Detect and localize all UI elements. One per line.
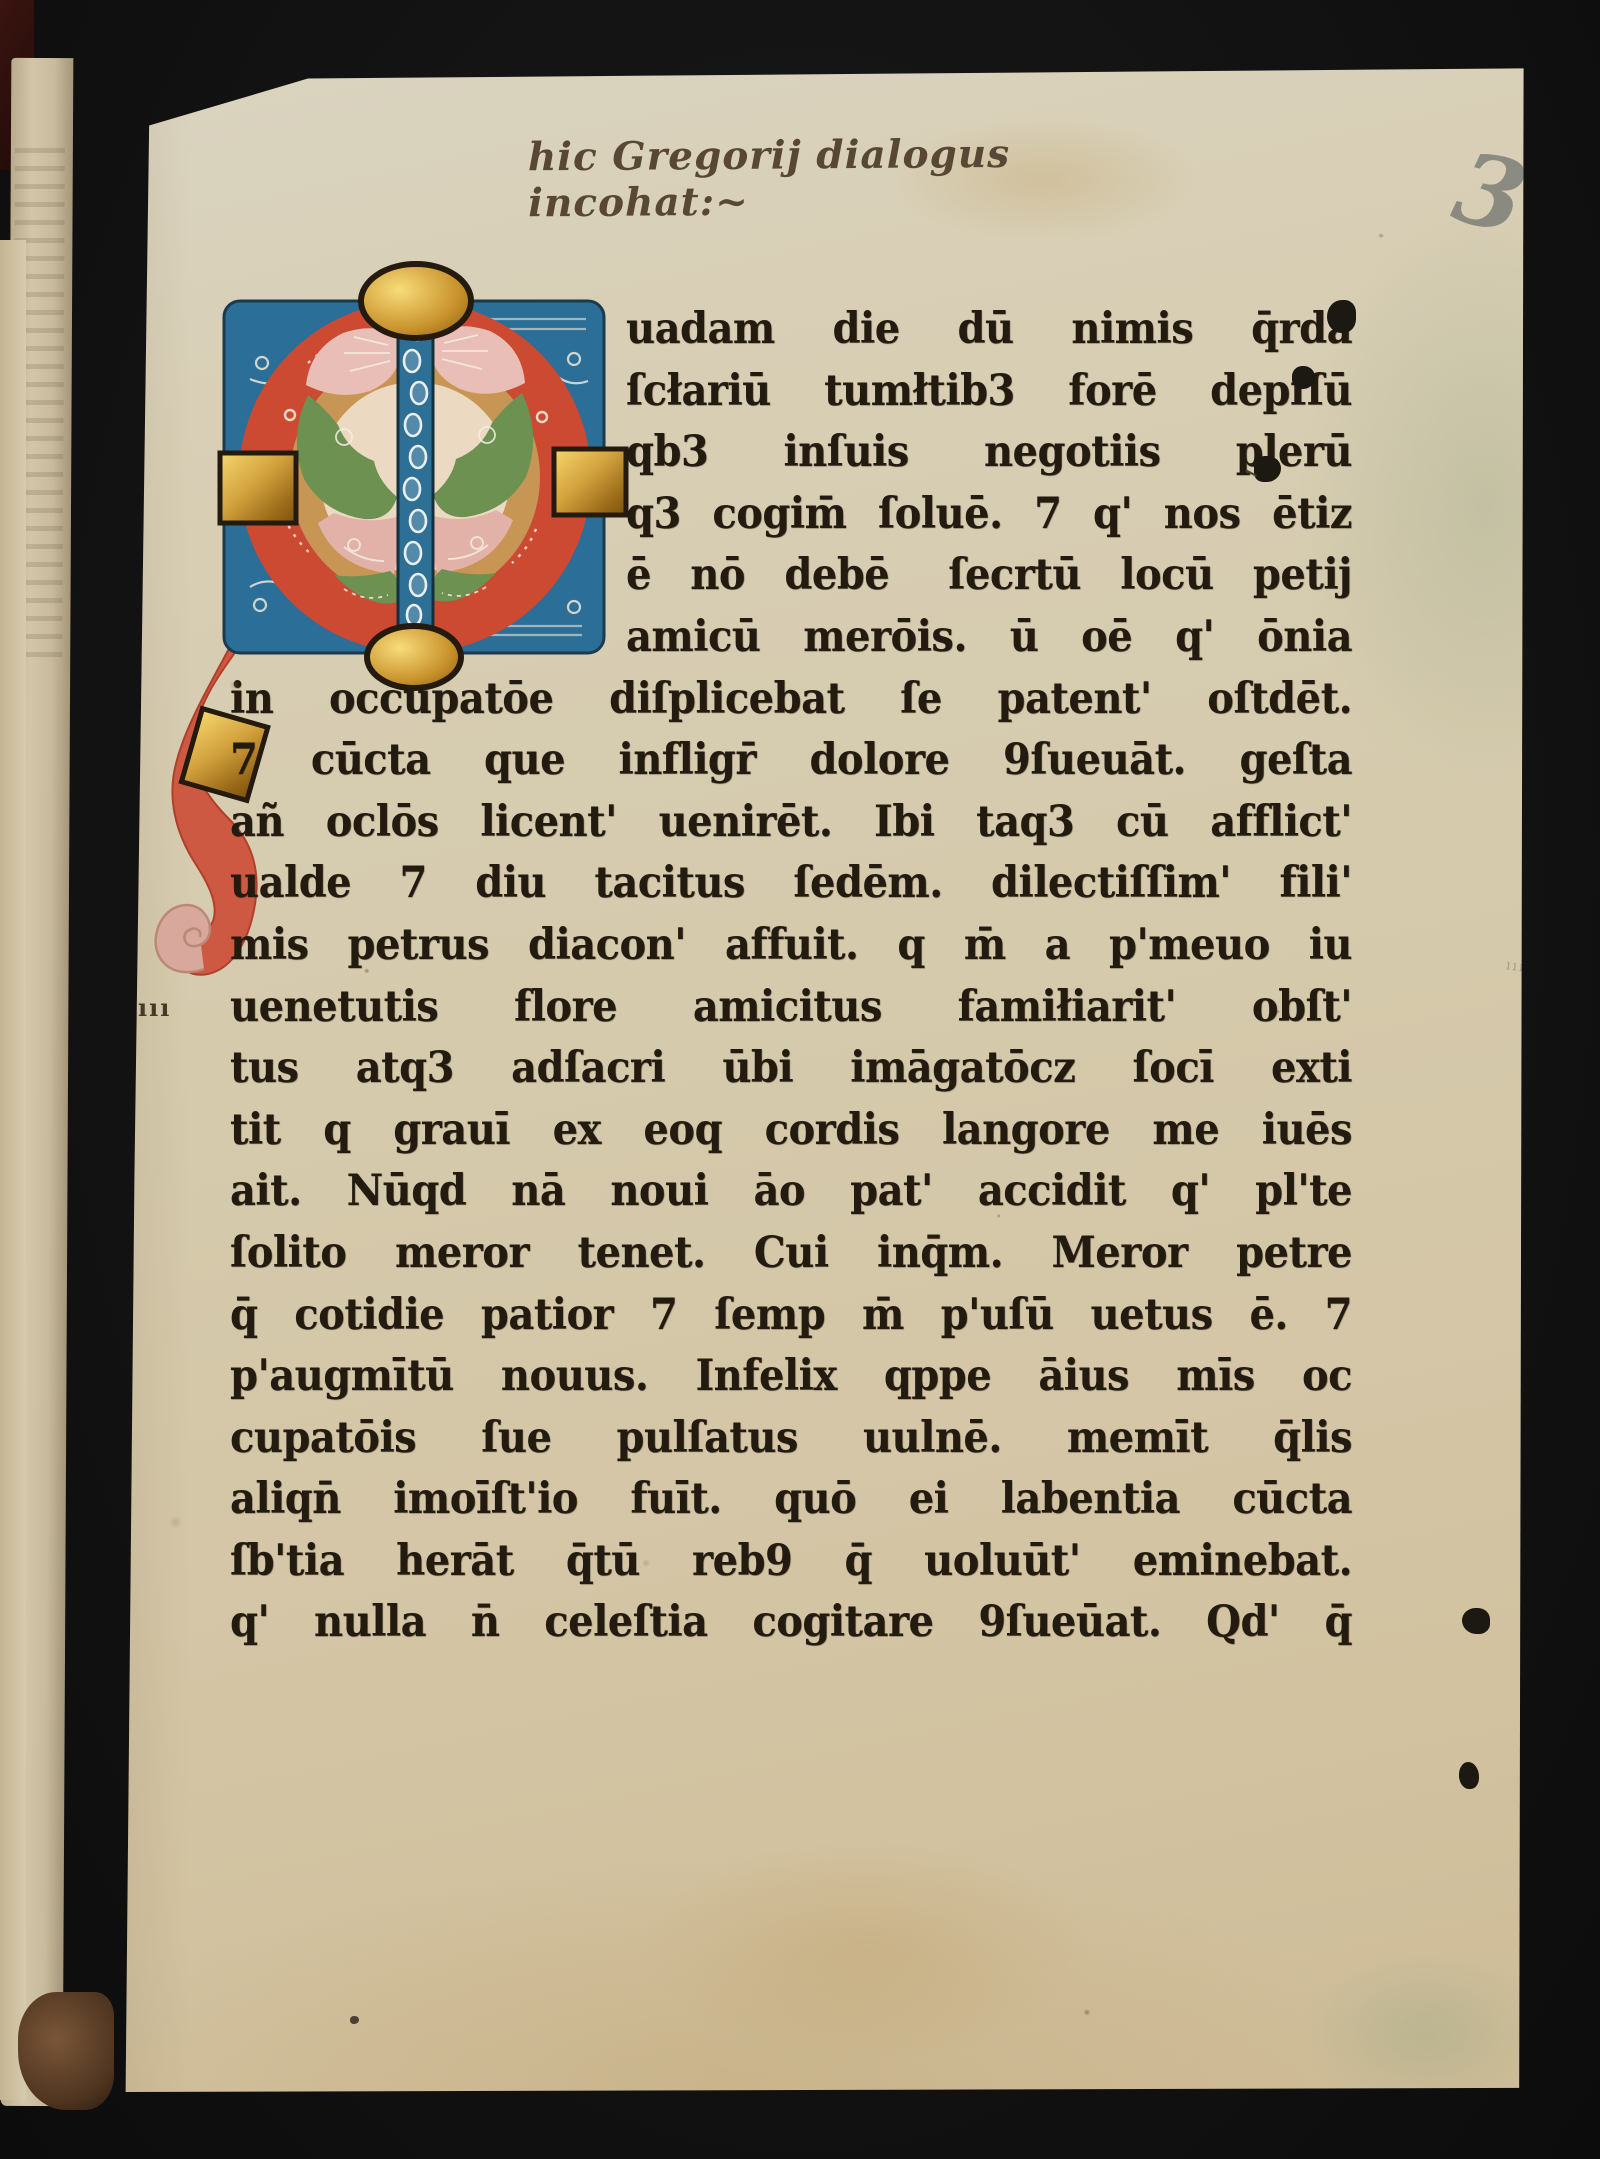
text-line: q' nulla n̄ celeſtia cogitare 9ſueūat. Q… xyxy=(230,1589,1352,1655)
text-line: q3 cogim̄ ſoluē. 7 q' nos ētiz xyxy=(626,481,1352,547)
text-line: 7 cūcta que infligr̄ dolore 9ſueuāt. geſ… xyxy=(230,727,1352,793)
text-line: ait. Nūqd nā noui āo pat' accidit q' pl'… xyxy=(230,1158,1352,1224)
manuscript-page: hic Gregorij dialogus incohat:~ 3 xyxy=(58,52,1528,2094)
ink-blot xyxy=(1327,300,1356,333)
text-line: ſcłariū tumłtib3 forē depſſū xyxy=(626,357,1352,423)
page-title: hic Gregorij dialogus incohat:~ xyxy=(528,130,1189,227)
initial-tail-curl xyxy=(156,905,210,972)
text-line: ualde 7 diu tacitus ſedēm. dilectiſſim' … xyxy=(230,850,1352,916)
ink-blot xyxy=(350,2016,359,2024)
text-line: amicū merōis. ū oē q' ōnia xyxy=(626,604,1352,670)
binding-leather xyxy=(18,1992,114,2110)
ink-blot xyxy=(1459,1762,1479,1789)
text-line: aliqn̄ imoīſt'io fuīt. quō ei labentia c… xyxy=(230,1466,1352,1532)
text-line: tus atq3 adſacri ūbi imāgatōcz ſocī exti xyxy=(230,1035,1352,1101)
text-line: tit q grauī ex eoq cordis langore me iuē… xyxy=(230,1097,1352,1163)
text-line: añ oclōs licent' uenirēt. Ibi taq3 cū af… xyxy=(230,789,1352,855)
initial-letter: Q xyxy=(58,52,59,53)
text-line: ē nō debē ſecrtū locū petij xyxy=(626,542,1352,608)
text-line: ſolito meror tenet. Cui inq̄m. Meror pet… xyxy=(230,1220,1352,1286)
margin-mark: ııı· xyxy=(1505,958,1533,975)
svg-text:Q: Q xyxy=(138,252,151,271)
folio-edge xyxy=(0,240,26,2100)
text-line: in occupatōe diſplicebat ſe patent' oſtd… xyxy=(230,665,1352,731)
manuscript-photo: hic Gregorij dialogus incohat:~ 3 xyxy=(0,0,1600,2159)
text-line: uenetutis flore amicitus famiłiarit' obſ… xyxy=(230,973,1352,1039)
text-block: uadam die dū nimis q̄rdāſcłariū tumłtib3… xyxy=(230,298,1352,1653)
text-line: uadam die dū nimis q̄rdā xyxy=(626,296,1352,362)
quire-mark: ııı xyxy=(138,996,171,1020)
text-line: ſb'tia herāt q̄tū reb9 q̄ uoluūt' emineb… xyxy=(230,1528,1352,1594)
ink-blot xyxy=(1462,1608,1490,1634)
text-line: cupatōis ſue pulſatus uulnē. memīt q̄lis xyxy=(230,1405,1352,1471)
text-line: qb3 inſuis negotiis plerū xyxy=(626,419,1352,485)
text-line: q̄ cotidie patior 7 ſemp m̄ p'uſū uetus … xyxy=(230,1281,1352,1347)
text-line: mis petrus diacon' affuit. q m̄ a p'meuo… xyxy=(230,912,1352,978)
text-line: p'augmītū nouus. Infelix qppe āius mīs o… xyxy=(230,1343,1352,1409)
folio-number: 3 xyxy=(1445,137,1535,251)
